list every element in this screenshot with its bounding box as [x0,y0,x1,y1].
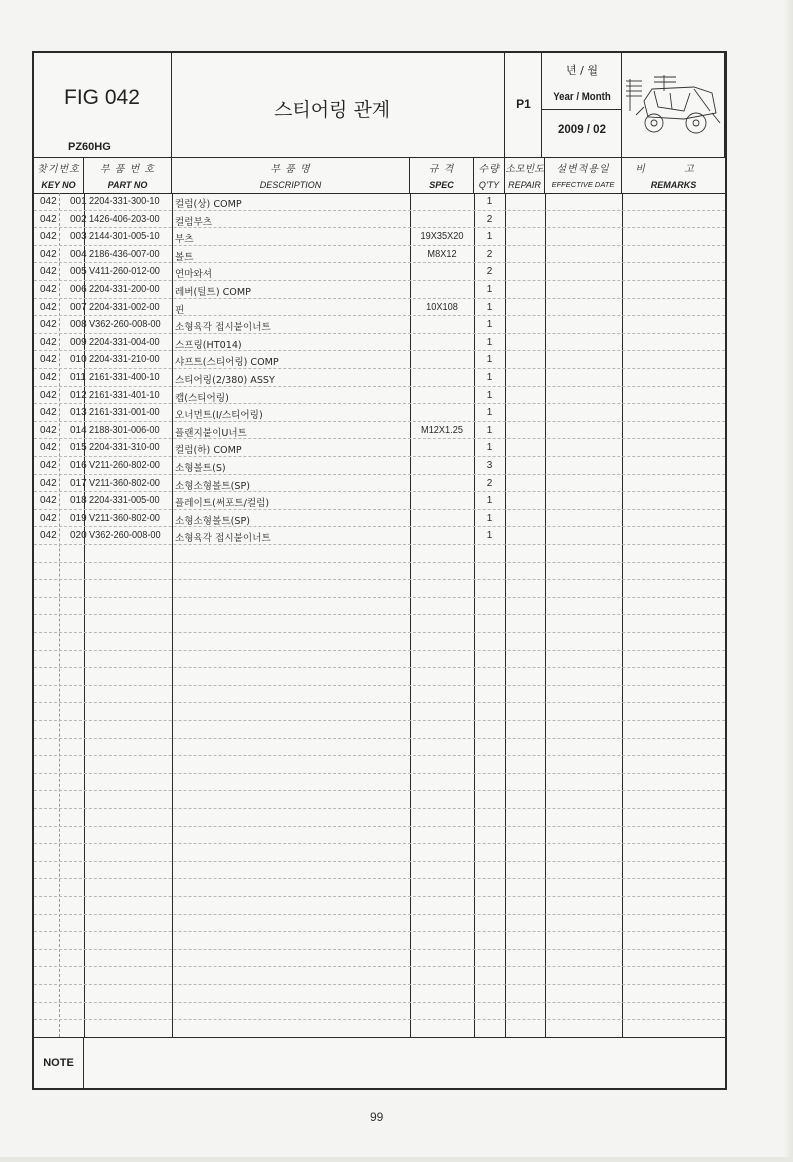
column-effective-date: 설변적용일 EFFECTIVE DATE [545,157,622,193]
description: 플랜지붙이U너트 [175,425,247,439]
part-no: 2204-331-310-00 [89,442,160,453]
figure-ref: 042 [40,196,57,207]
column-repair: 소모빈도 REPAIR [505,157,545,193]
table-row: 042008V362-260-008-00소형육각 접시붙이너트1 [34,316,725,334]
quantity: 1 [474,319,505,330]
table-row: 042020V362-260-008-00소형육각 접시붙이너트1 [34,527,725,545]
table-row [34,1020,725,1038]
description: 소형소형볼트(SP) [175,513,250,527]
page-edge [0,1157,793,1162]
figure-ref: 042 [40,425,57,436]
figure-ref: 042 [40,354,57,365]
table-row [34,598,725,616]
table-row: 0420072204-331-002-00핀10X1081 [34,299,725,317]
key-no: 016 [70,460,87,471]
part-no: 2161-331-400-10 [89,372,160,383]
table-row [34,721,725,739]
table-row [34,967,725,985]
table-row: 0420042186-436-007-00볼트M8X122 [34,246,725,264]
key-no: 015 [70,442,87,453]
quantity: 2 [474,249,505,260]
key-no: 019 [70,513,87,524]
table-row [34,633,725,651]
description: 핀 [175,302,184,316]
table-row: 0420152204-331-310-00컬럼(하) COMP1 [34,439,725,457]
figure-ref: 042 [40,302,57,313]
quantity: 1 [474,372,505,383]
part-no: V211-360-802-00 [89,513,160,524]
sheet-page: P1 [505,97,542,111]
column-header: 찾기번호 KEY NO 부 품 번 호 PART NO 부 품 명 DESCRI… [34,157,725,194]
table-row [34,756,725,774]
table-row [34,774,725,792]
table-row [34,739,725,757]
table-row: 042019V211-360-802-00소형소형볼트(SP)1 [34,510,725,528]
spec: 19X35X20 [413,231,472,242]
figure-ref: 042 [40,407,57,418]
figure-ref: 042 [40,337,57,348]
table-row: 0420021426-406-203-00컬럼부츠2 [34,211,725,229]
description: 컬럼부츠 [175,214,212,228]
description: 연마와셔 [175,266,212,280]
page-title: 스티어링 관계 [274,95,390,122]
table-row [34,686,725,704]
table-row: 042005V411-260-012-00연마와셔2 [34,263,725,281]
key-no: 002 [70,214,87,225]
table-row: 0420062204-331-200-00레버(틸트) COMP1 [34,281,725,299]
part-no: 2204-331-005-00 [89,495,160,506]
figure-ref: 042 [40,249,57,260]
note-label: NOTE [34,1038,84,1089]
part-no: 2188-301-006-00 [89,425,160,436]
key-no: 017 [70,478,87,489]
figure-ref: 042 [40,442,57,453]
model-name: PZ60HG [68,141,111,153]
column-part-no: 부 품 번 호 PART NO [84,157,172,193]
illustration-cell [622,53,725,157]
page-number: 99 [370,1110,383,1124]
quantity: 1 [474,425,505,436]
key-no: 011 [70,372,86,383]
table-row [34,879,725,897]
page-cell: P1 [505,53,542,157]
table-row [34,545,725,563]
part-no: V411-260-012-00 [89,266,160,277]
description: 소형소형볼트(SP) [175,478,250,492]
part-no: 2204-331-300-10 [89,196,160,207]
table-row [34,1003,725,1021]
description: 컬럼(상) COMP [175,196,242,210]
key-no: 012 [70,390,87,401]
quantity: 1 [474,530,505,541]
part-no: 2161-331-401-10 [89,390,160,401]
quantity: 1 [474,513,505,524]
date-value: 2009 / 02 [542,124,622,136]
table-row [34,563,725,581]
table-row: 0420092204-331-004-00스프링(HT014)1 [34,334,725,352]
description: 스프링(HT014) [175,337,242,351]
quantity: 1 [474,390,505,401]
table-row [34,862,725,880]
part-no: V362-260-008-00 [89,319,161,330]
quantity: 1 [474,302,505,313]
table-row [34,703,725,721]
table-row: 0420122161-331-401-10캡(스티어링)1 [34,387,725,405]
spec: M8X12 [413,249,472,260]
table-row [34,580,725,598]
description: 소형육각 접시붙이너트 [175,319,271,333]
table-row [34,915,725,933]
table-row: 0420032144-301-005-10부츠19X35X201 [34,228,725,246]
parts-table-body: 0420012204-331-300-10컬럼(상) COMP104200214… [34,193,725,1037]
table-row [34,985,725,1003]
part-no: 1426-406-203-00 [89,214,160,225]
rice-transplanter-icon [624,71,722,141]
part-no: V211-360-802-00 [89,478,160,489]
figure-ref: 042 [40,284,57,295]
parts-list-sheet: FIG 042 PZ60HG 스티어링 관계 P1 년 / 월 Year / M… [32,51,727,1090]
part-no: 2144-301-005-10 [89,231,160,242]
key-no: 013 [70,407,87,418]
key-no: 010 [70,354,87,365]
figure-ref: 042 [40,214,57,225]
key-no: 006 [70,284,87,295]
key-no: 008 [70,319,87,330]
quantity: 1 [474,354,505,365]
title-cell: 스티어링 관계 [172,53,505,157]
table-row: 0420012204-331-300-10컬럼(상) COMP1 [34,193,725,211]
figure-ref: 042 [40,478,57,489]
page-edge [783,0,793,1162]
table-row: 0420102204-331-210-00샤프트(스티어링) COMP1 [34,351,725,369]
figure-ref: 042 [40,372,57,383]
figure-number: FIG 042 [64,86,140,110]
description: 캡(스티어링) [175,390,229,404]
figure-cell: FIG 042 PZ60HG [34,53,172,157]
part-no: 2204-331-002-00 [89,302,160,313]
table-row [34,615,725,633]
part-no: 2204-331-200-00 [89,284,160,295]
part-no: 2161-331-001-00 [89,407,160,418]
description: 레버(틸트) COMP [175,284,251,298]
key-no: 014 [70,425,87,436]
description: 컬럼(하) COMP [175,442,242,456]
quantity: 1 [474,495,505,506]
table-row [34,668,725,686]
quantity: 1 [474,196,505,207]
quantity: 1 [474,337,505,348]
part-no: 2186-436-007-00 [89,249,160,260]
spec: M12X1.25 [413,425,472,436]
quantity: 1 [474,442,505,453]
part-no: 2204-331-210-00 [89,354,160,365]
figure-ref: 042 [40,460,57,471]
figure-ref: 042 [40,319,57,330]
table-row [34,932,725,950]
table-row [34,897,725,915]
figure-ref: 042 [40,495,57,506]
part-no: V211-260-802-00 [89,460,160,471]
sheet-header: FIG 042 PZ60HG 스티어링 관계 P1 년 / 월 Year / M… [34,53,725,158]
table-row: 0420132161-331-001-00오너먼트(I/스티어링)1 [34,404,725,422]
table-row: 042017V211-360-802-00소형소형볼트(SP)2 [34,475,725,493]
column-qty: 수량 Q'TY [474,157,505,193]
quantity: 1 [474,231,505,242]
column-spec: 규 격 SPEC [410,157,474,193]
table-row: 0420142188-301-006-00플랜지붙이U너트M12X1.251 [34,422,725,440]
date-cell: 년 / 월 Year / Month 2009 / 02 [542,53,622,157]
description: 오너먼트(I/스티어링) [175,407,263,421]
quantity: 2 [474,266,505,277]
description: 소형육각 접시붙이너트 [175,530,271,544]
description: 부츠 [175,231,194,245]
table-row [34,791,725,809]
key-no: 001 [70,196,87,207]
part-no: V362-260-008-00 [89,530,161,541]
key-no: 007 [70,302,87,313]
divider [542,109,621,110]
column-key-no: 찾기번호 KEY NO [34,157,84,193]
quantity: 2 [474,214,505,225]
table-row [34,651,725,669]
table-row [34,844,725,862]
quantity: 3 [474,460,505,471]
table-row: 0420112161-331-400-10스티어링(2/380) ASSY1 [34,369,725,387]
description: 볼트 [175,249,194,263]
description: 스티어링(2/380) ASSY [175,372,275,386]
table-row [34,809,725,827]
quantity: 1 [474,407,505,418]
table-row [34,950,725,968]
column-remarks: 비 고 REMARKS [622,157,725,193]
key-no: 020 [70,530,87,541]
note-section: NOTE [34,1037,725,1089]
table-row [34,827,725,845]
table-row: 0420182204-331-005-00플레이트(써포트/컬럼)1 [34,492,725,510]
description: 소형볼트(S) [175,460,226,474]
figure-ref: 042 [40,390,57,401]
key-no: 009 [70,337,87,348]
figure-ref: 042 [40,513,57,524]
description: 플레이트(써포트/컬럼) [175,495,269,509]
figure-ref: 042 [40,530,57,541]
figure-ref: 042 [40,266,57,277]
column-description: 부 품 명 DESCRIPTION [172,157,410,193]
date-label-ko: 년 / 월 [542,62,622,78]
key-no: 005 [70,266,87,277]
figure-ref: 042 [40,231,57,242]
date-label-en: Year / Month [547,91,617,103]
spec: 10X108 [413,302,472,313]
description: 샤프트(스티어링) COMP [175,354,279,368]
key-no: 004 [70,249,87,260]
part-no: 2204-331-004-00 [89,337,160,348]
quantity: 1 [474,284,505,295]
key-no: 018 [70,495,87,506]
quantity: 2 [474,478,505,489]
table-row: 042016V211-260-802-00소형볼트(S)3 [34,457,725,475]
key-no: 003 [70,231,87,242]
